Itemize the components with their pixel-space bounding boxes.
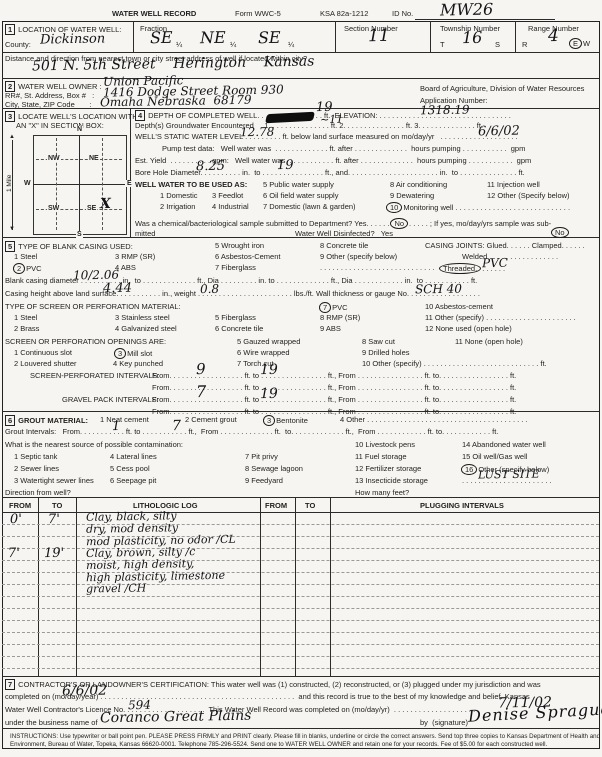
bore-diameter-value: 8.25 (196, 159, 225, 175)
form-ksa: KSA 82a-1212 (320, 9, 368, 18)
table-header-from2: FROM (265, 501, 287, 510)
quadrant-ne: NE (88, 155, 100, 162)
use-option-1: 1 Domestic (160, 191, 198, 200)
table-header-to2: TO (305, 501, 315, 510)
use-option-7: 7 Domestic (lawn & garden) (263, 202, 356, 211)
disinfected-question: Water Well Disinfected? Yes (295, 229, 393, 238)
section3-title-line1: LOCATE WELL'S LOCATION WITH (18, 112, 138, 121)
use-option-3: 3 Feedlot (212, 191, 243, 200)
quarter-2: ¼ (230, 40, 236, 49)
opening-option-5: 5 Gauzed wrapped (237, 337, 300, 346)
disinfected-no: No (550, 227, 570, 238)
business-name-value: Coranco Great Plains (100, 708, 252, 727)
divider (2, 497, 599, 498)
screen-option-1: 1 Steel (14, 313, 37, 322)
id-value: MW26 (440, 0, 494, 19)
section-box-dash (56, 138, 57, 230)
groundwater-value: ~11 (320, 113, 343, 126)
table-row-line (2, 620, 599, 621)
use-option-12: 12 Other (Specify below) (487, 191, 570, 200)
casing-option-6: 6 Asbestos-Cement (215, 252, 280, 261)
threaded-material-value: PVC (482, 256, 508, 270)
divider (2, 676, 599, 677)
quarter-3: ¼ (288, 40, 294, 49)
section6-title: 6GROUT MATERIAL: (5, 415, 88, 426)
use-option-10-label: Monitoring well . . . . . . . . . . . . … (403, 203, 570, 212)
casing-height-value: 4.44 (103, 281, 132, 297)
section-box (33, 135, 127, 235)
screen-intervals-title: SCREEN-PERFORATED INTERVALS: (30, 371, 160, 380)
signature-label: by (signature) (420, 718, 468, 727)
cell-border (430, 21, 431, 52)
cell-border (335, 21, 336, 52)
log-row1-to: 7' (48, 512, 60, 527)
section7-number: 7 (5, 679, 15, 690)
contamination-option-5: 5 Cess pool (110, 464, 150, 473)
compass-s: S (76, 231, 83, 238)
static-water-level-line: WELL'S STATIC WATER LEVEL . . . . . . . … (135, 132, 518, 141)
casing-2-circled: 2 (13, 263, 25, 274)
owner-city-value: Omaha Nebraska 68179 (100, 93, 252, 110)
grout-option-1: 1 Neat cement (100, 415, 149, 424)
mile-arrow-down-icon: ▼ (9, 226, 15, 232)
screen-7-label: PVC (332, 303, 347, 312)
contamination-option-12: 12 Fertilizer storage (355, 464, 421, 473)
township-value: 16 (462, 28, 483, 47)
screen-material-title: TYPE OF SCREEN OR PERFORATION MATERIAL: (5, 302, 181, 311)
section1-number: 1 (5, 24, 15, 35)
opening-option-1: 1 Continuous slot (14, 348, 72, 357)
contamination-option-8: 8 Sewage lagoon (245, 464, 303, 473)
pump-test-line: Pump test data: Well water was . . . . .… (162, 144, 525, 153)
table-row-line (2, 644, 599, 645)
divider (2, 728, 599, 729)
section3-title-line2: AN "X" IN SECTION BOX: (16, 121, 104, 130)
screen-option-11: 11 Other (specify) . . . . . . . . . . .… (425, 313, 576, 322)
mill-slot-circled: 3 (114, 348, 126, 359)
section2-title-text: WATER WELL OWNER : (18, 82, 101, 91)
contamination-option-11: 11 Fuel storage (355, 452, 407, 461)
opening-option-6: 6 Wire wrapped (237, 348, 290, 357)
use-option-9: 9 Dewatering (390, 191, 434, 200)
range-value: 4 (548, 26, 559, 46)
range-ew: EW (568, 38, 590, 49)
gauge-value: SCH 40 (415, 282, 462, 297)
casing-option-3: 3 RMP (SR) (115, 252, 155, 261)
use-option-6: 6 Oil field water supply (263, 191, 338, 200)
range-east-circled: E (569, 38, 582, 49)
table-header-to1: TO (52, 501, 62, 510)
cell-border (130, 108, 131, 237)
chemical-no-circled: No (390, 218, 408, 229)
cell-border (133, 21, 134, 52)
grout-option-3-bentonite: 3Bentonite (262, 415, 308, 426)
cell-border (515, 21, 516, 52)
use-option-4: 4 Industrial (212, 202, 249, 211)
screen-option-5: 5 Fiberglass (215, 313, 256, 322)
mile-label: 1 Mile (6, 175, 13, 192)
use-title: WELL WATER TO BE USED AS: (135, 180, 247, 189)
elevation-value: 1318.19 (420, 103, 470, 118)
county-value: Dickinson (40, 31, 105, 47)
section4-number: 4 (135, 110, 145, 121)
grout-to-value: 7 (172, 418, 181, 434)
table-header-from1: FROM (9, 501, 31, 510)
quarter-1: ¼ (176, 40, 182, 49)
screen-option-2: 2 Brass (14, 324, 39, 333)
township-t: T (440, 40, 445, 49)
gravel-interval-line-1: From. . . . . . . . . . . . . . . . . . … (152, 395, 516, 404)
screen-option-7-pvc: 7PVC (318, 302, 348, 313)
welded-label: Welded . . . . . . . . . . . . . . . . . (462, 252, 558, 261)
fraction3-value: SE (258, 28, 281, 47)
table-row-line (2, 656, 599, 657)
contamination-option-3: 3 Watertight sewer lines (14, 476, 94, 485)
casing-joints-label: CASING JOINTS: Glued. . . . . . Clamped.… (425, 241, 585, 250)
openings-title: SCREEN OR PERFORATION OPENINGS ARE: (5, 337, 166, 346)
quadrant-nw: NW (47, 155, 61, 162)
section-number-value: 11 (368, 26, 390, 46)
contamination-option-10: 10 Livestock pens (355, 440, 415, 449)
threaded-circled: Threaded. (439, 263, 481, 274)
contamination-option-15: 15 Oil well/Gas well (462, 452, 527, 461)
screen-option-12: 12 None used (open hole) (425, 324, 512, 333)
use-option-10-monitoring: 10Monitoring well . . . . . . . . . . . … (385, 202, 570, 213)
compass-n: N (76, 126, 83, 133)
static-water-level-value: 12.78 (240, 125, 275, 140)
contamination-option-6: 6 Seepage pit (110, 476, 156, 485)
section3-number: 3 (5, 111, 15, 122)
grout-intervals-line: Grout Intervals: From. . . . . . . . . .… (5, 427, 498, 436)
log-row2-line4: gravel /CH (86, 581, 147, 595)
casing-option-2-pvc: 2PVC (12, 263, 42, 274)
grout-option-2: 2 Cement grout (185, 415, 237, 424)
grout-from-value: 1 (112, 419, 121, 434)
completed-date-value: 6/6/02 (62, 683, 107, 700)
opening-option-4: 4 Key punched (113, 359, 163, 368)
bore-hole-line: Bore Hole Diameter. . . . . . . . . . in… (135, 168, 525, 177)
form-number: Form WWC-5 (235, 9, 281, 18)
log-row1-from: 0' (10, 512, 22, 527)
table-row-line (2, 608, 599, 609)
section6-number: 6 (5, 415, 15, 426)
fraction1-value: SE (150, 28, 173, 47)
section-box-x-mark: X (100, 196, 111, 212)
contamination-option-13: 13 Insecticide storage (355, 476, 428, 485)
chemical-question-rest: . . . . . ; If yes, mo/day/yrs sample wa… (409, 219, 551, 228)
use-option-5: 5 Public water supply (263, 180, 334, 189)
swl-date-value: 6/6/02 (478, 124, 520, 140)
range-r: R (522, 40, 527, 49)
groundwater-line: Depth(s) Groundwater Encountered 1. . . … (135, 121, 483, 130)
screen-interval-to: 19 (260, 362, 278, 378)
casing-option-5: 5 Wrought iron (215, 241, 264, 250)
gravel-interval-to: 19 (260, 386, 278, 402)
table-row-line (2, 668, 599, 669)
screen-interval-line-2: From. . . . . . . . . . . . . . . . . . … (152, 383, 516, 392)
use-option-11: 11 Injection well (487, 180, 540, 189)
quadrant-se: SE (86, 205, 97, 212)
contamination-question: What is the nearest source of possible c… (5, 440, 183, 449)
other-16-circled: 16 (461, 464, 477, 475)
screen-option-6: 6 Concrete tile (215, 324, 263, 333)
contamination-option-4: 4 Lateral lines (110, 452, 157, 461)
contamination-option-1: 1 Septic tank (14, 452, 57, 461)
casing-option-7: 7 Fiberglass (215, 263, 256, 272)
bentonite-label: Bentonite (276, 416, 308, 425)
log-row2-from: 7' (8, 546, 20, 561)
opening-option-10: 10 Other (specify) . . . . . . . . . . .… (362, 359, 547, 368)
est-yield-line: Est. Yield . . . . . . . . . . gpm: Well… (135, 156, 531, 165)
disinfected-no-circled: No (551, 227, 569, 238)
log-row2-to: 19' (44, 546, 64, 561)
fraction2-value: NE (200, 28, 226, 47)
screen-7-circled: 7 (319, 302, 331, 313)
contamination-option-7: 7 Pit privy (245, 452, 278, 461)
gravel-interval-from: 7 (196, 382, 207, 401)
table-row-line (2, 596, 599, 597)
section5-title: 5TYPE OF BLANK CASING USED: (5, 241, 133, 252)
section5-number: 5 (5, 241, 15, 252)
opening-option-2: 2 Louvered shutter (14, 359, 77, 368)
casing-option-9: 9 Other (specify below) (320, 252, 397, 261)
compass-e: E (126, 180, 133, 187)
owner-address-label: RR#, St. Address, Box # : (5, 91, 94, 100)
use-option-10-circled: 10 (386, 202, 402, 213)
divider (2, 78, 599, 79)
casing-other-dots: . . . . . . . . . . . . . . . . . . . . … (320, 263, 435, 272)
range-west: W (583, 39, 590, 48)
casing-height-line: Casing height above land surface. . . . … (5, 289, 480, 298)
opening-option-8: 8 Saw cut (362, 337, 395, 346)
screen-interval-from: 9 (196, 360, 206, 378)
use-option-8: 8 Air conditioning (390, 180, 447, 189)
form-title: WATER WELL RECORD (112, 9, 196, 18)
casing-option-8: 8 Concrete tile (320, 241, 368, 250)
chemical-question-text: Was a chemical/bacteriological sample su… (135, 219, 389, 228)
screen-option-4: 4 Galvanized steel (115, 324, 177, 333)
contamination-other-value: LUST SITE (478, 467, 540, 481)
screen-interval-line-1: From. . . . . . . . . . . . . . . . . . … (152, 371, 516, 380)
chemical-sample-question: Was a chemical/bacteriological sample su… (135, 218, 551, 229)
table-header-plugging: PLUGGING INTERVALS (420, 501, 504, 510)
section-box-center-horizontal (33, 184, 125, 185)
direction-question: Direction from well? (5, 488, 71, 497)
casing-option-1: 1 Steel (14, 252, 37, 261)
contamination-option-14: 14 Abandoned water well (462, 440, 546, 449)
opening-option-11: 11 None (open hole) (455, 337, 523, 346)
feet-question: How many feet? (355, 488, 409, 497)
id-label: ID No. (392, 9, 413, 18)
compass-w: W (23, 180, 32, 187)
contamination-option-9: 9 Feedyard (245, 476, 283, 485)
screen-option-8: 8 RMP (SR) (320, 313, 360, 322)
gravel-intervals-title: GRAVEL PACK INTERVALS: (62, 395, 159, 404)
chemical-question-cont: mitted (135, 229, 155, 238)
mile-arrow-up-icon: ▲ (9, 134, 15, 140)
casing-2-label: PVC (26, 264, 41, 273)
business-name-label: under the business name of (5, 718, 98, 727)
section5-title-text: TYPE OF BLANK CASING USED: (18, 242, 133, 251)
mill-slot-label: Mill slot (127, 349, 152, 358)
quadrant-sw: SW (47, 205, 60, 212)
water-well-record-form: WATER WELL RECORD Form WWC-5 KSA 82a-121… (0, 0, 602, 757)
grout-title: GROUT MATERIAL: (18, 416, 88, 425)
section-box-dash (102, 138, 103, 230)
county-label: County: (5, 40, 31, 49)
township-s: S (495, 40, 500, 49)
instructions-line2: Environment, Bureau of Water, Topeka, Ka… (10, 740, 547, 749)
use-option-2: 2 Irrigation (160, 202, 195, 211)
opening-option-3-mill-slot: 3Mill slot (113, 348, 152, 359)
screen-option-3: 3 Stainless steel (115, 313, 170, 322)
table-row-line (2, 632, 599, 633)
owner-city-label: City, State, ZIP Code : (5, 100, 91, 109)
divider (2, 108, 599, 109)
id-underline (415, 19, 555, 20)
screen-option-10: 10 Asbestos-cement (425, 302, 493, 311)
screen-option-9: 9 ABS (320, 324, 341, 333)
board-label: Board of Agriculture, Division of Water … (420, 84, 584, 93)
casing-weight-value: 0.8 (200, 282, 219, 296)
contamination-option-2: 2 Sewer lines (14, 464, 59, 473)
bentonite-circled: 3 (263, 415, 275, 426)
grout-option-4: 4 Other . . . . . . . . . . . . . . . . … (340, 415, 528, 424)
opening-option-9: 9 Drilled holes (362, 348, 410, 357)
bore-to-value: 19 (277, 158, 294, 173)
